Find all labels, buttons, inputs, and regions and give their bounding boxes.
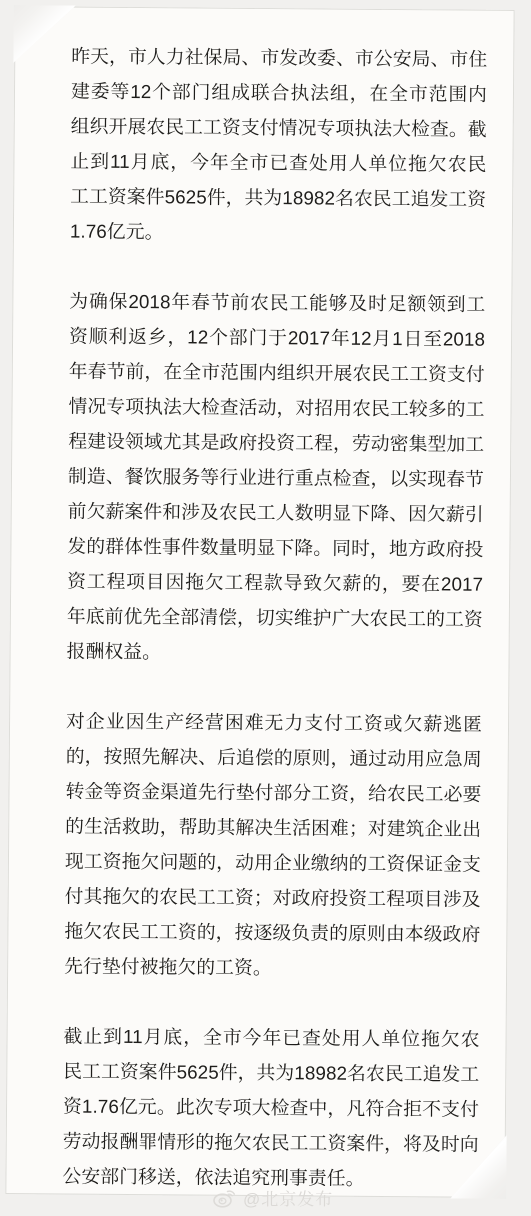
paragraph-3: 对企业因生产经营困难无力支付工资或欠薪逃匿的，按照先解决、后追偿的原则，通过动用… bbox=[64, 703, 482, 986]
watermark-handle: @北京发布 bbox=[243, 1185, 333, 1210]
paragraph-4: 截止到11月底，全市今年已查处用人单位拖欠农民工工资案件5625件，共为1898… bbox=[62, 1018, 479, 1196]
paper-sheet: 昨天，市人力社保局、市发改委、市公安局、市住建委等12个部门组成联合执法组，在全… bbox=[5, 6, 514, 1198]
paragraph-2: 为确保2018年春节前农民工能够及时足额领到工资顺利返乡，12个部门于2017年… bbox=[66, 283, 485, 671]
weibo-icon bbox=[212, 1188, 236, 1208]
article-body: 昨天，市人力社保局、市发改委、市公安局、市住建委等12个部门组成联合执法组，在全… bbox=[62, 39, 487, 1197]
watermark: @北京发布 bbox=[212, 1185, 333, 1210]
screenshot-root: 昨天，市人力社保局、市发改委、市公安局、市住建委等12个部门组成联合执法组，在全… bbox=[0, 0, 531, 1216]
paragraph-1: 昨天，市人力社保局、市发改委、市公安局、市住建委等12个部门组成联合执法组，在全… bbox=[70, 39, 488, 252]
